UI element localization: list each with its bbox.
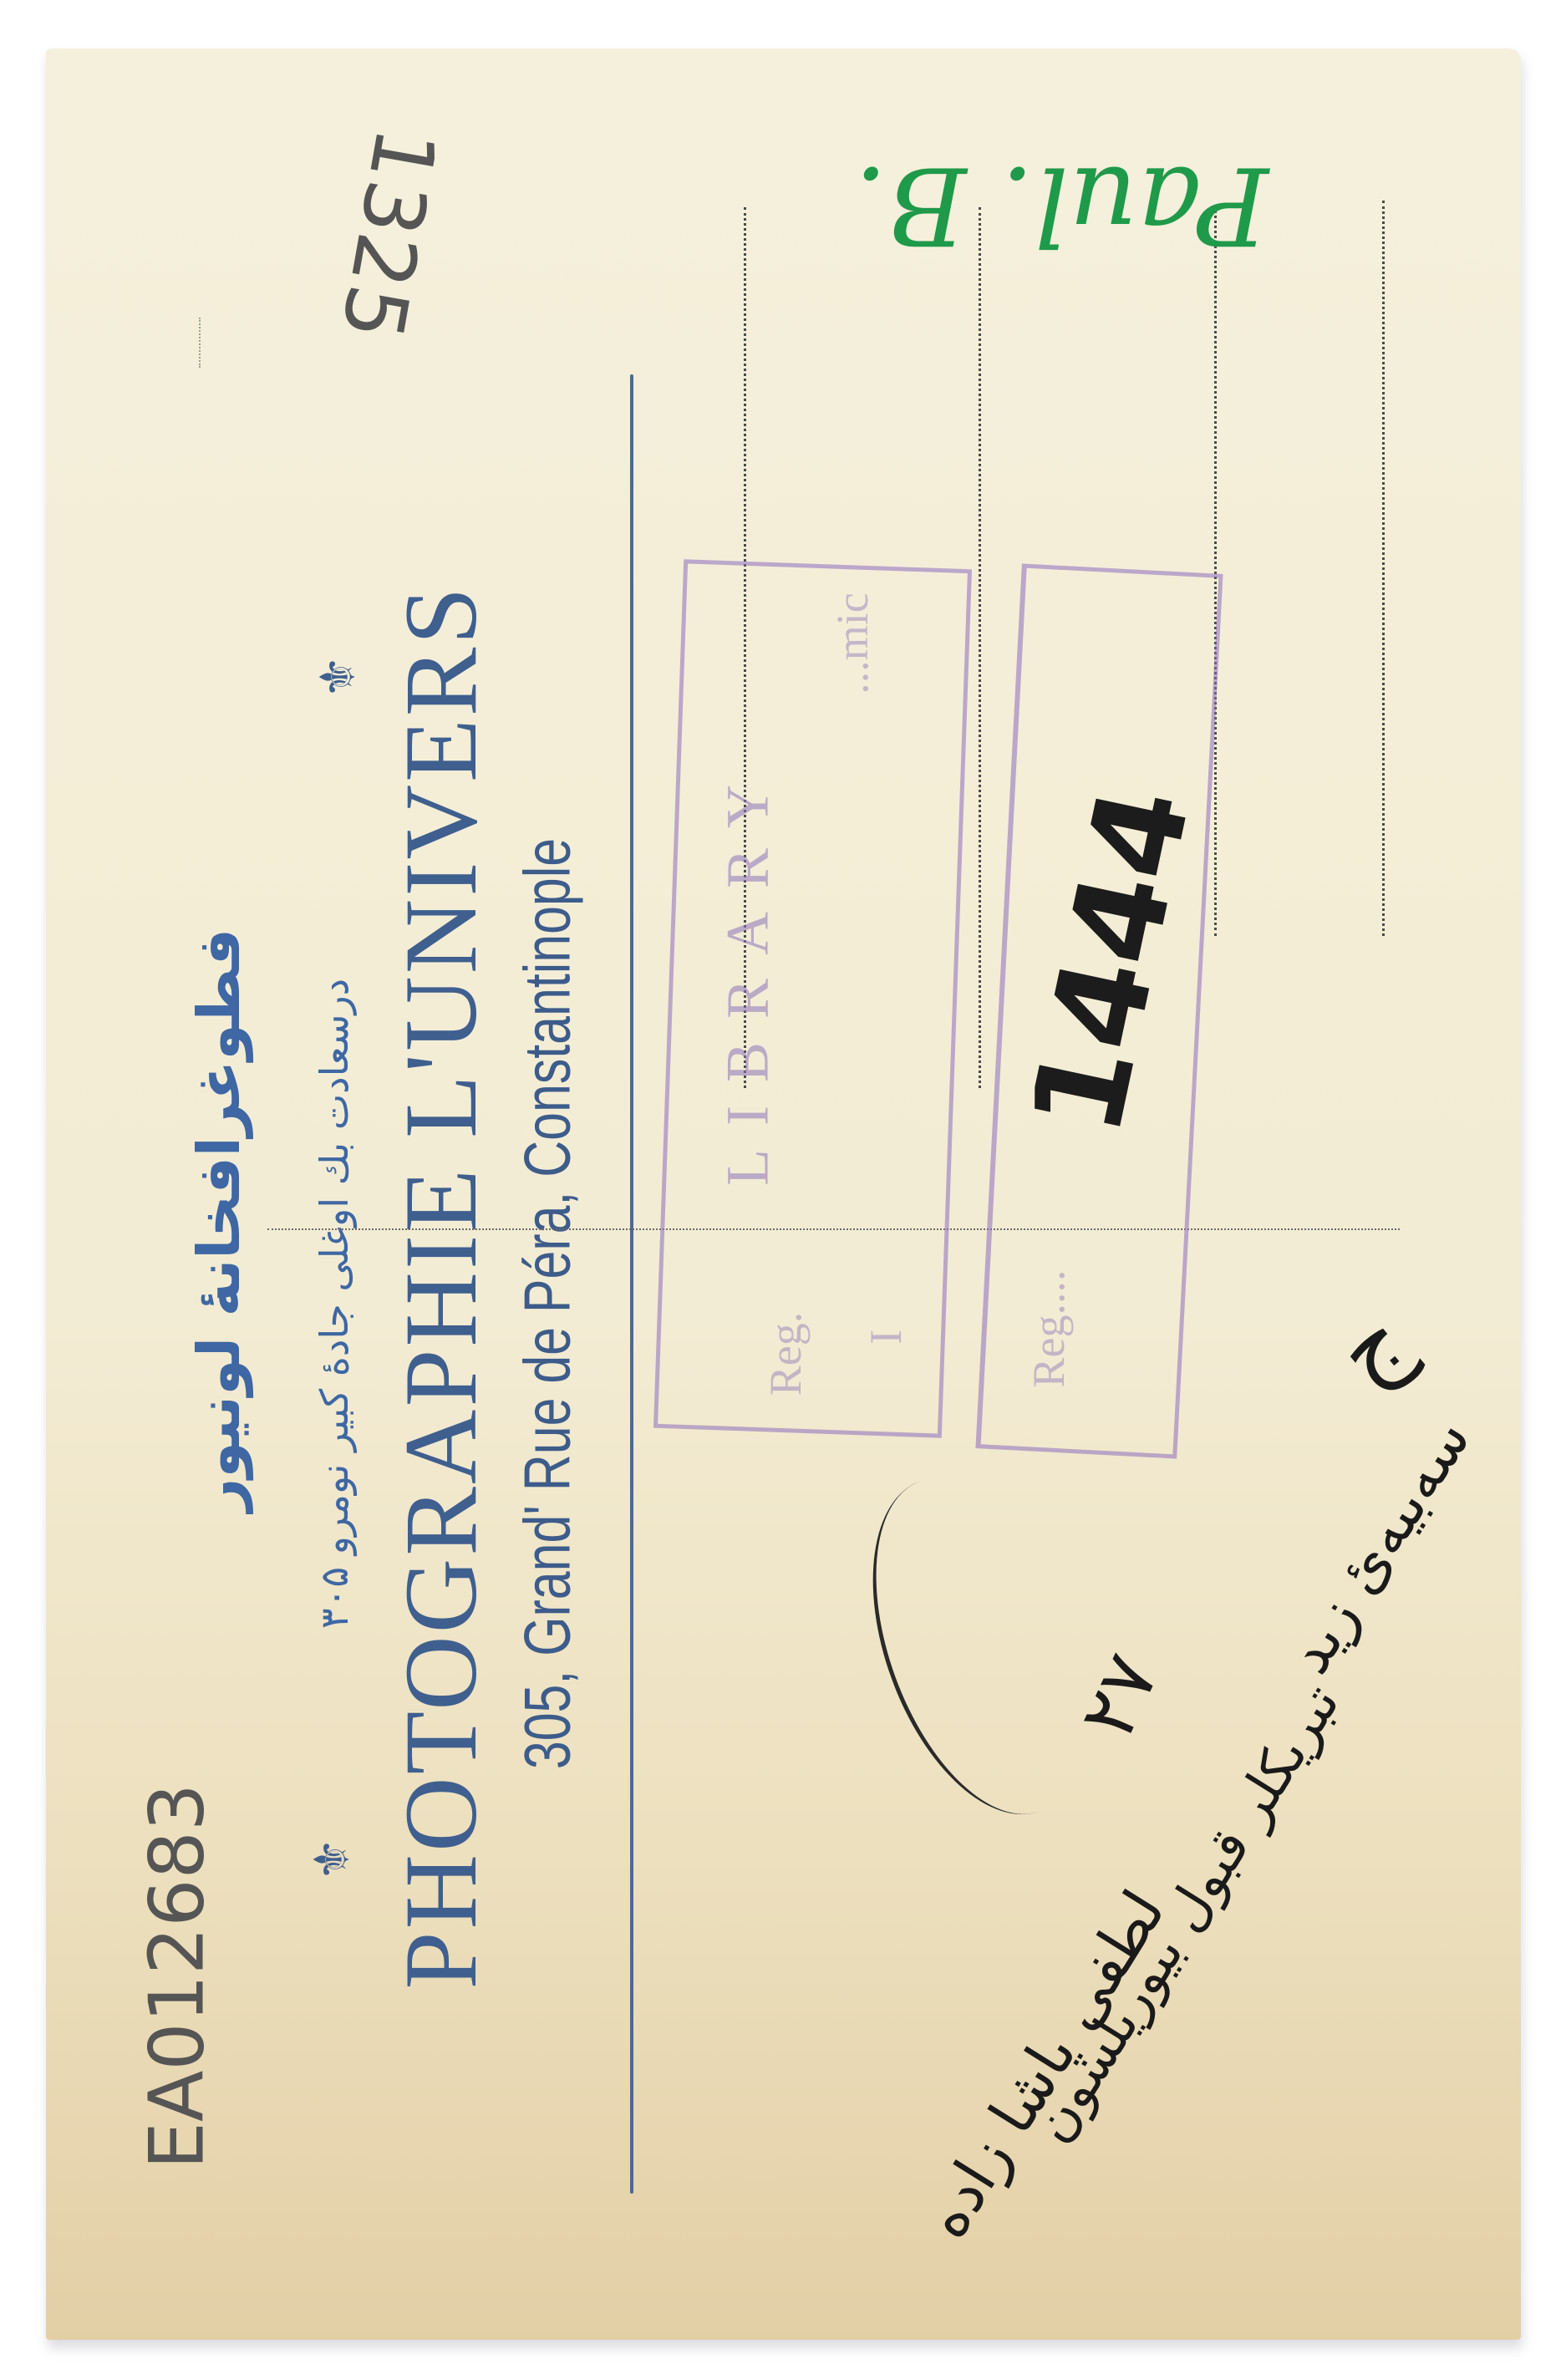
address-line: [979, 207, 981, 1088]
faint-guide-line: [199, 318, 201, 368]
studio-address: 305, Grand' Rue de Péra, Constantinople: [510, 838, 586, 1769]
library-stamp-sub: ...mic: [826, 592, 878, 694]
registration-stamp-reg: Reg....: [1023, 1270, 1075, 1388]
library-stamp-letter: I: [860, 1330, 912, 1345]
ornament-icon: ⚜: [314, 655, 363, 699]
library-stamp-reg: Reg.: [760, 1312, 811, 1396]
address-line: [1382, 201, 1385, 936]
studio-name: PHOTOGRAPHIE L'UNIVERS: [382, 585, 501, 1990]
address-line: [1214, 205, 1217, 936]
ottoman-studio-address: درسعادت بك اوغلی جادهٔ کبیر نومرو ۳۰۵: [312, 979, 357, 1629]
archive-id: EA012683: [134, 1783, 221, 2169]
address-divider-line: [630, 374, 633, 2194]
green-signature: Paul. B.: [854, 143, 1269, 267]
library-stamp-frame: [653, 559, 972, 1437]
ornament-icon: ⚜: [308, 1838, 357, 1881]
library-stamp-label: LIBRARY: [714, 761, 783, 1186]
ottoman-studio-title: فطوغرافخانهٔ لونیور: [185, 928, 253, 1512]
